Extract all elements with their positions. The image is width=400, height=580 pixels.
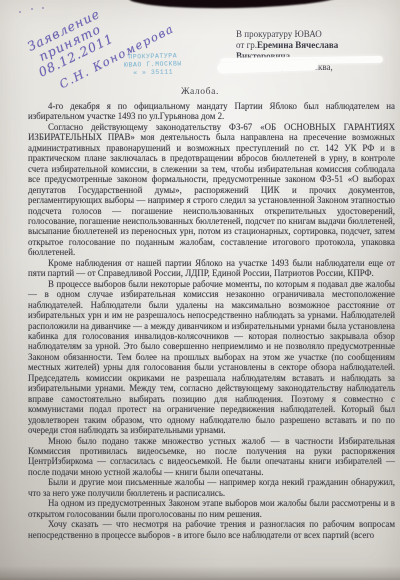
ink-dot	[42, 7, 44, 9]
prosecutor-office-stamp: ПРОКУРАТУРА ЮВАО Г.МОСКВЫ « » 35111	[107, 52, 200, 78]
paragraph: 4-го декабря я по официальному мандату П…	[28, 101, 395, 122]
paragraph: На одном из предусмотренных Законом этап…	[28, 498, 395, 519]
complaint-body: 4-го декабря я по официальному мандату П…	[28, 101, 395, 540]
paragraph: Были и другие мои письменные жалобы — на…	[28, 477, 395, 498]
complaint-title: Жалоба.	[0, 86, 400, 97]
paper-bottom-edge-shadow	[0, 566, 400, 580]
paragraph: Кроме наблюдения от нашей партии Яблоко …	[28, 258, 395, 279]
addressee-line: В прокуратуру ЮВАО	[236, 29, 396, 40]
paragraph: Согласно действующему законодательству Ф…	[28, 122, 395, 258]
ink-dot	[19, 11, 21, 13]
paragraph: Хочу сказать — что несмотря на рабочие т…	[28, 519, 395, 540]
document-photo: Заявление принято 08.12.2011 С.Н. Кономе…	[0, 0, 400, 580]
paragraph: Мною было подано также множество устных …	[28, 436, 395, 478]
addressee-prefix: от гр.	[236, 40, 257, 50]
ink-dot	[31, 8, 33, 10]
paragraph: В процессе выборов были некоторые рабочи…	[28, 279, 395, 436]
